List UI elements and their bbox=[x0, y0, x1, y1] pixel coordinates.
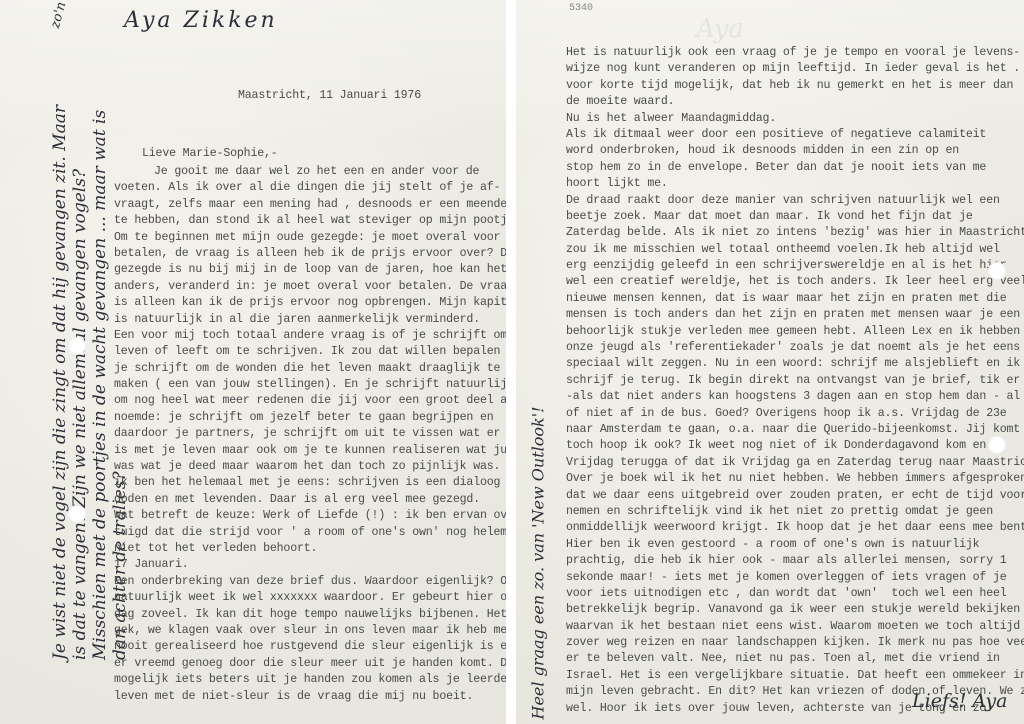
typed-line: onze jeugd als 'referentiekader' zoals j… bbox=[566, 340, 1024, 356]
punch-hole bbox=[988, 262, 1006, 280]
show-through-ink: Aya bbox=[696, 14, 744, 44]
typed-line: Je gooit me daar wel zo het een en ander… bbox=[114, 164, 506, 180]
typed-line: betrekkelijk begrip. Vanavond ga ik weer… bbox=[566, 602, 1024, 618]
typed-line: De draad raakt door deze manier van schr… bbox=[566, 193, 1024, 209]
typed-line: Om te beginnen met mijn oude gezegde: je… bbox=[114, 230, 506, 246]
typed-line: nooit gerealiseerd hoe rustgevend die sl… bbox=[114, 639, 506, 655]
typed-line: onmiddellijk weerwoord krijgt. Ik hoop d… bbox=[566, 520, 1024, 536]
typed-line: gek, we klagen vaak over sleur in ons le… bbox=[114, 623, 506, 639]
typed-line: ik ben het helemaal met je eens: schrijv… bbox=[114, 475, 506, 491]
typed-line: behoorlijk stukje verleden mee gemeen he… bbox=[566, 324, 1024, 340]
typed-line: voeten. Als ik over al die dingen die ji… bbox=[114, 180, 506, 196]
typed-line: er te beleven valt. Nee, niet nu pas. To… bbox=[566, 651, 1024, 667]
punch-hole bbox=[68, 505, 86, 523]
letter-page-2: 5340 Aya Heel graag een zo. van 'New Out… bbox=[516, 0, 1024, 724]
typed-line: word onderbroken, houd ik desnoods midde… bbox=[566, 143, 1024, 159]
typed-line: voor iets uitnodigen etc , dan wordt dat… bbox=[566, 586, 1024, 602]
punch-hole bbox=[988, 436, 1006, 454]
letter-body-page-1: Je gooit me daar wel zo het een en ander… bbox=[114, 164, 506, 705]
handwritten-corner-note: zo'n ochtendpost... en zag 'r! bbox=[48, 0, 112, 30]
typed-line: er vreemd genoeg door die sleur meer uit… bbox=[114, 656, 506, 672]
handwritten-signoff: Liefs! Aya bbox=[912, 690, 1007, 712]
typed-line: dag zoveel. Ik kan dit hoge tempo nauwel… bbox=[114, 607, 506, 623]
typed-line: gezegde is nu bij mij in de loop van de … bbox=[114, 262, 506, 278]
typed-line: toch hoop ik ook? Ik weet nog niet of ik… bbox=[566, 438, 1024, 454]
typed-line: wijze nog kunt veranderen op mijn leefti… bbox=[566, 61, 1024, 77]
typed-line: -als dat niet anders kan hoogstens 3 dag… bbox=[566, 389, 1024, 405]
typed-line: mensen is toch anders dan het zijn en pr… bbox=[566, 307, 1024, 323]
typed-line: maken ( een van jouw stellingen). En je … bbox=[114, 377, 506, 393]
typed-line: tuigd dat die strijd voor ' a room of on… bbox=[114, 525, 506, 541]
typed-line: te hebben, dan stond ik al heel wat stev… bbox=[114, 213, 506, 229]
typed-line: sekonde maar! - iets met je komen overle… bbox=[566, 570, 1024, 586]
typed-line: betalen, de vraag is alleen heb ik de pr… bbox=[114, 246, 506, 262]
typed-line: Israel. Het is een vergelijkbare situati… bbox=[566, 668, 1024, 684]
typed-line: leven of leeft om te schrijven. Ik zou d… bbox=[114, 344, 506, 360]
typed-line: nieuwe mensen kennen, dat is waar maar h… bbox=[566, 291, 1024, 307]
typed-line: naar Amsterdam te gaan, o.a. naar die Qu… bbox=[566, 422, 1024, 438]
handwritten-author-name: Aya Zikken bbox=[124, 8, 278, 33]
typed-line: was wat je deed maar waarom het dan toch… bbox=[114, 459, 506, 475]
handwritten-margin-note: Heel graag een zo. van 'New Outlook'! bbox=[529, 380, 548, 720]
typed-line: is natuurlijk in al die jaren aanmerkeli… bbox=[114, 312, 506, 328]
typed-line: is alleen kan ik de prijs ervoor nog opb… bbox=[114, 295, 506, 311]
typed-line: Een voor mij toch totaal andere vraag is… bbox=[114, 328, 506, 344]
typed-line: doden en met levenden. Daar is al erg ve… bbox=[114, 492, 506, 508]
typed-line: Als ik ditmaal weer door een positieve o… bbox=[566, 127, 1024, 143]
typed-line: speciaal wilt zeggen. Nu in een woord: s… bbox=[566, 356, 1024, 372]
typed-line: Hier ben ik even gestoord - a room of on… bbox=[566, 537, 1024, 553]
typed-line: mogelijk iets beters uit je handen zou k… bbox=[114, 672, 506, 688]
punch-hole bbox=[68, 337, 86, 355]
typed-line: leven met de niet-sleur is de vraag die … bbox=[114, 689, 506, 705]
typed-line: Het is natuurlijk ook een vraag of je je… bbox=[566, 45, 1024, 61]
typed-line: prachtig, die heb ik hier ook - maar als… bbox=[566, 553, 1024, 569]
typed-line: Over je boek wil ik het nu niet hebben. … bbox=[566, 471, 1024, 487]
letter-date: Maastricht, 11 Januari 1976 bbox=[238, 88, 421, 104]
typed-line: nemen en schriftelijk vind ik het niet z… bbox=[566, 504, 1024, 520]
typed-line: of niet af in de bus. Goed? Overigens ho… bbox=[566, 406, 1024, 422]
typed-line: dat we daar eens uitgebreid over zouden … bbox=[566, 488, 1024, 504]
typed-line: beetje zoek. Maar dat moet dan maar. Ik … bbox=[566, 209, 1024, 225]
typed-line: voor korte tijd mogelijk, dat heb ik nu … bbox=[566, 78, 1024, 94]
typed-line: je schrijft om de wonden die het leven m… bbox=[114, 361, 506, 377]
typed-line: om nog heel wat meer redenen die jij voo… bbox=[114, 393, 506, 409]
typed-line: zou ik me misschien wel totaal ontheemd … bbox=[566, 242, 1024, 258]
typed-line: schrijf je terug. Ik begin direkt na ont… bbox=[566, 373, 1024, 389]
letter-salutation: Lieve Marie-Sophie,- bbox=[142, 146, 278, 162]
letter-body-page-2: Het is natuurlijk ook een vraag of je je… bbox=[566, 45, 1024, 717]
typed-line: vraagt, zelfs maar een mening had , desn… bbox=[114, 197, 506, 213]
typed-line: erg eenzijdig geleefd in een schrijversw… bbox=[566, 258, 1024, 274]
typed-line: niet tot het verleden behoort. bbox=[114, 541, 506, 557]
typed-line: Vrijdag terugga of dat ik Vrijdag ga en … bbox=[566, 455, 1024, 471]
typed-line: noemde: je schrijft om jezelf beter te g… bbox=[114, 410, 506, 426]
document-number: 5340 bbox=[569, 3, 593, 14]
typed-line: Zaterdag belde. Als ik niet zo intens 'b… bbox=[566, 225, 1024, 241]
typed-line: wel een creatief wereldje, het is toch a… bbox=[566, 274, 1024, 290]
typed-line: Nu is het alweer Maandagmiddag. bbox=[566, 111, 1024, 127]
typed-line: is met je leven maar ook om je te kunnen… bbox=[114, 443, 506, 459]
typed-line: waarvan ik het bestaan niet eens wist. W… bbox=[566, 619, 1024, 635]
typed-line: anders, veranderd in: je moet overal voo… bbox=[114, 279, 506, 295]
typed-line: Wat betreft de keuze: Werk of Liefde (!)… bbox=[114, 508, 506, 524]
letter-page-1: Aya Zikken zo'n ochtendpost... en zag 'r… bbox=[0, 0, 506, 724]
typed-line: daardoor je partners, je schrijft om uit… bbox=[114, 426, 506, 442]
typed-line: de moeite waard. bbox=[566, 94, 1024, 110]
typed-line: natuurlijk weet ik wel xxxxxxx waardoor.… bbox=[114, 590, 506, 606]
typed-line: Een onderbreking van deze brief dus. Waa… bbox=[114, 574, 506, 590]
typed-line: zover weg reizen en naar landschappen ki… bbox=[566, 635, 1024, 651]
typed-line: 17 Januari. bbox=[114, 557, 506, 573]
typed-line: hoort lijkt me. bbox=[566, 176, 1024, 192]
typed-line: stop hem zo in de envelope. Beter dan da… bbox=[566, 160, 1024, 176]
